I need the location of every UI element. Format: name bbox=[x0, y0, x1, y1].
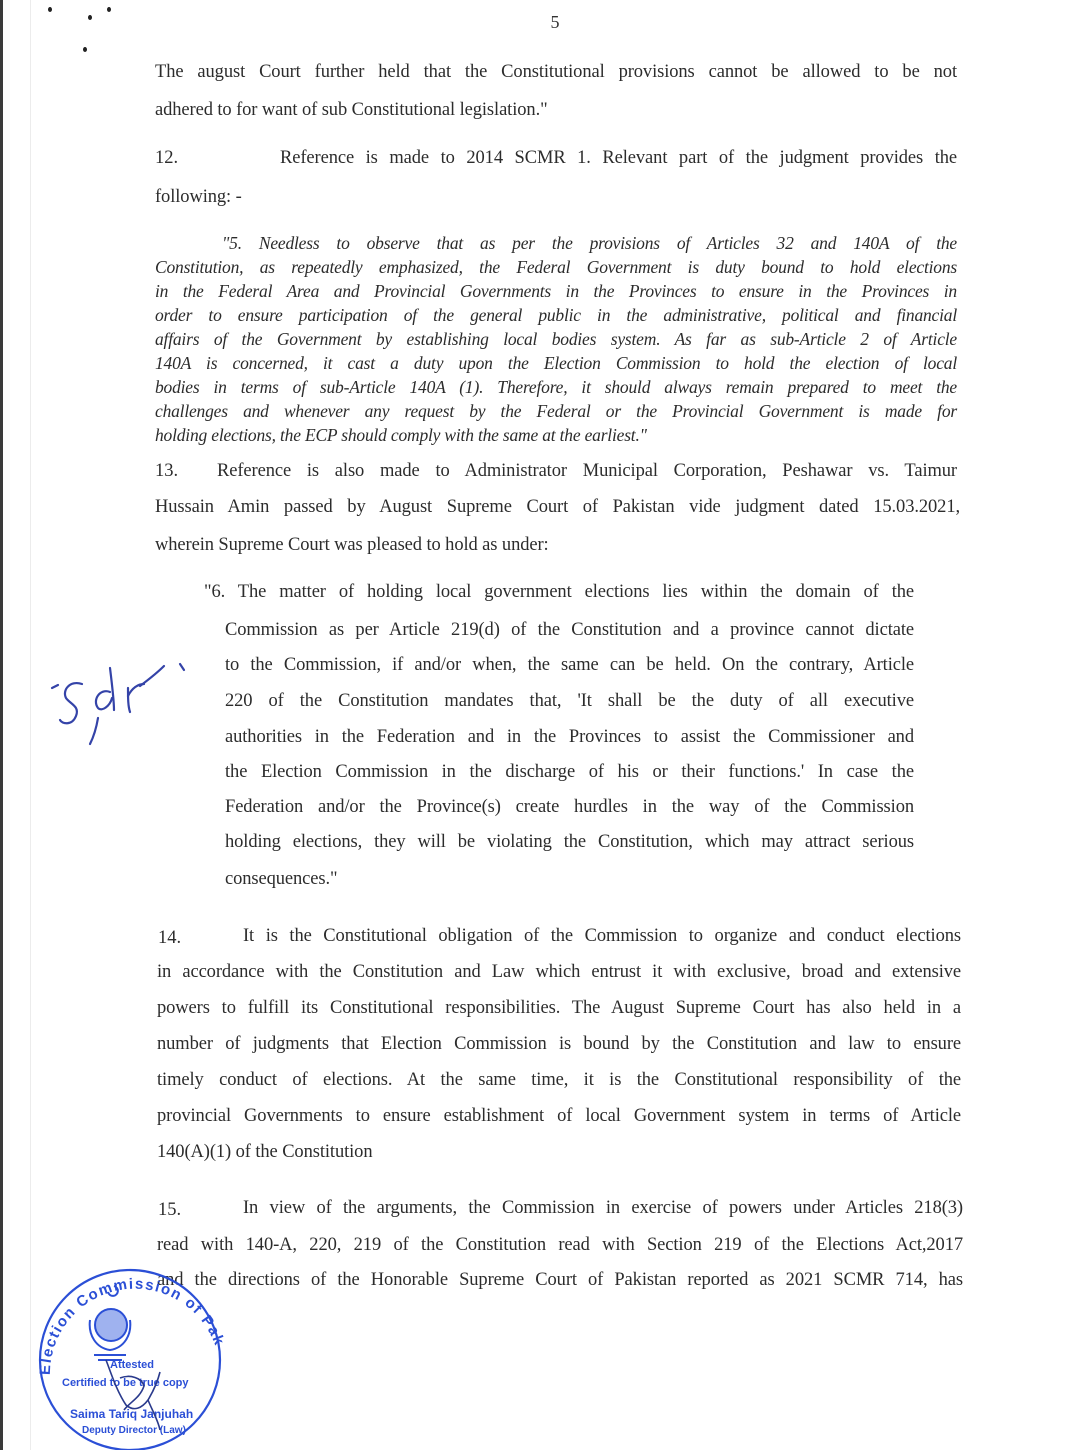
scan-speck bbox=[83, 47, 87, 52]
page-number: 5 bbox=[0, 12, 1080, 33]
text-line: 140(A)(1) of the Constitution bbox=[157, 1142, 372, 1163]
paragraph-number: 14. bbox=[158, 928, 181, 949]
paragraph-number: 12. bbox=[155, 148, 178, 169]
text-line: timely conduct of elections. At the same… bbox=[157, 1070, 961, 1091]
handwritten-initials: Sdr/- bbox=[40, 640, 190, 750]
quote-line: 140A is concerned, it cast a duty upon t… bbox=[155, 353, 957, 374]
scan-left-edge bbox=[0, 0, 3, 1450]
text-line: wherein Supreme Court was pleased to hol… bbox=[155, 535, 549, 556]
text-line: In view of the arguments, the Commission… bbox=[243, 1198, 963, 1219]
paragraph-number: 15. bbox=[158, 1200, 181, 1221]
quote-line: 220 of the Constitution mandates that, '… bbox=[225, 691, 914, 712]
text-line: The august Court further held that the C… bbox=[155, 62, 957, 83]
quote-line: Federation and/or the Province(s) create… bbox=[225, 797, 914, 818]
text-line: powers to fulfill its Constitutional res… bbox=[157, 998, 961, 1019]
text-line: read with 140-A, 220, 219 of the Constit… bbox=[157, 1235, 963, 1256]
quote-line: "5. Needless to observe that as per the … bbox=[222, 233, 957, 254]
quote-line: Commission as per Article 219(d) of the … bbox=[225, 620, 914, 641]
text-line: Reference is also made to Administrator … bbox=[217, 461, 957, 482]
text-line: and the directions of the Honorable Supr… bbox=[157, 1270, 963, 1291]
quote-line: order to ensure participation of the gen… bbox=[155, 305, 957, 326]
quote-line: holding elections, they will be violatin… bbox=[225, 832, 914, 853]
text-line: following: - bbox=[155, 187, 242, 208]
quote-line: affairs of the Government by establishin… bbox=[155, 329, 957, 350]
quote-line: holding elections, the ECP should comply… bbox=[155, 425, 647, 446]
text-line: Reference is made to 2014 SCMR 1. Releva… bbox=[280, 148, 957, 169]
stamp-name: Saima Tariq Janjuhah bbox=[70, 1407, 193, 1421]
text-line: in accordance with the Constitution and … bbox=[157, 962, 961, 983]
attestation-stamp: Election Commission of Pakistan Attested… bbox=[30, 1260, 230, 1450]
text-line: adhered to for want of sub Constitutiona… bbox=[155, 100, 548, 121]
quote-line: "6. The matter of holding local governme… bbox=[204, 582, 914, 603]
stamp-certified: Certified to be true copy bbox=[62, 1377, 189, 1389]
scan-fold-line bbox=[30, 0, 31, 1450]
stamp-ring-text: Election Commission of Pakistan bbox=[30, 1260, 228, 1375]
stamp-title: Deputy Director (Law) bbox=[82, 1425, 186, 1436]
quote-line: to the Commission, if and/or when, the s… bbox=[225, 655, 914, 676]
quote-line: challenges and whenever any request by t… bbox=[155, 401, 957, 422]
text-line: provincial Governments to ensure establi… bbox=[157, 1106, 961, 1127]
quote-line: in the Federal Area and Provincial Gover… bbox=[155, 281, 957, 302]
quote-line: authorities in the Federation and in the… bbox=[225, 727, 914, 748]
quote-line: bodies in terms of sub-Article 140A (1).… bbox=[155, 377, 957, 398]
quote-line: Constitution, as repeatedly emphasized, … bbox=[155, 257, 957, 278]
text-line: It is the Constitutional obligation of t… bbox=[243, 926, 961, 947]
text-line: Hussain Amin passed by August Supreme Co… bbox=[155, 497, 960, 518]
quote-line: the Election Commission in the discharge… bbox=[225, 762, 914, 783]
stamp-attested: Attested bbox=[110, 1359, 154, 1371]
paragraph-number: 13. bbox=[155, 461, 178, 482]
quote-line: consequences." bbox=[225, 869, 337, 890]
text-line: number of judgments that Election Commis… bbox=[157, 1034, 961, 1055]
